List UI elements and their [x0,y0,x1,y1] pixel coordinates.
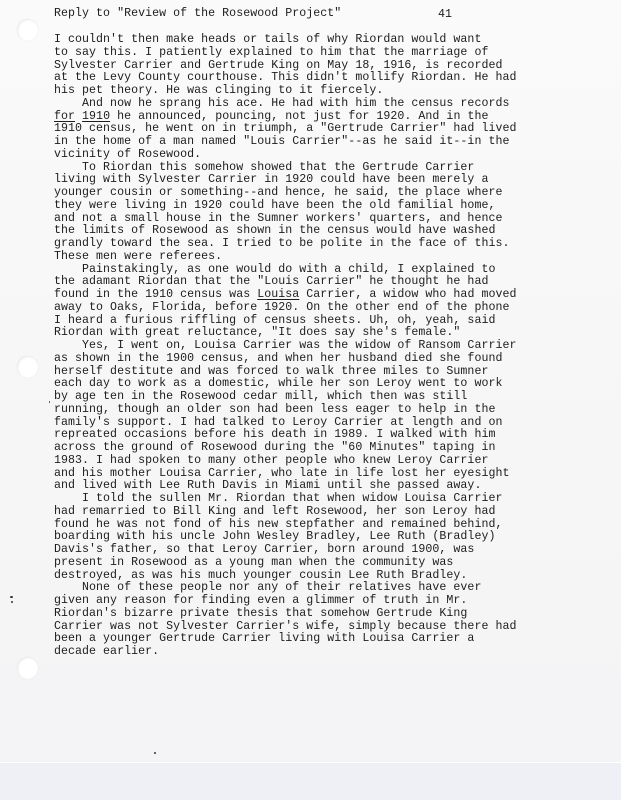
text-run: destroyed, as was his much younger cousi… [54,569,467,582]
punch-hole-bottom [17,657,38,679]
text-line: decade earlier. [54,646,517,659]
text-run: the adamant Riordan that the "Louis Carr… [54,275,488,288]
text-run: herself destitute and was forced to walk… [54,365,488,378]
text-run: by age ten in the Rosewood cedar mill, w… [54,390,467,403]
text-run: given any reason for finding even a glim… [54,594,467,607]
text-run: Yes, I went on, Louisa Carrier was the w… [54,339,517,352]
text-run: in the home of a man named "Louis Carrie… [54,135,509,148]
text-run: Riordan's bizarre private thesis that so… [54,607,467,620]
scan-mark [49,401,50,403]
punch-hole-middle [17,356,38,378]
text-run: Carrier was not Sylvester Carrier's wife… [54,620,517,633]
text-run: decade earlier. [54,645,159,658]
text-run: To Riordan this somehow showed that the … [54,161,474,174]
text-run: and lived with Lee Ruth Davis in Miami u… [54,479,481,492]
text-run: Riordan with great reluctance, "It does … [54,326,460,339]
text-run: Sylvester Carrier and Gertrude King on M… [54,59,502,72]
text-run: Carrier, a widow who had moved [299,288,516,301]
text-run: across the ground of Rosewood during the… [54,441,495,454]
page-number: 41 [438,8,452,21]
text-run: repreated occasions before his death in … [54,428,495,441]
text-run: and his mother Louisa Carrier, who late … [54,467,509,480]
text-run: found in the 1910 census was [54,288,257,301]
underlined-text: for [54,110,75,123]
text-run: 1910 census, he went on in triumph, a "G… [54,122,517,135]
text-run [75,110,82,123]
text-run: present in Rosewood as a young man when … [54,556,453,569]
text-run: younger cousin or something--and hence, … [54,186,502,199]
text-run: grandly toward the sea. I tried to be po… [54,237,509,250]
underlined-text: Louisa [257,288,299,301]
text-run: family's support. I had talked to Leroy … [54,416,502,429]
text-run: as shown in the 1900 census, and when he… [54,352,502,365]
scan-mark [154,752,156,754]
text-run: vicinity of Rosewood. [54,148,201,161]
scan-mark [11,601,13,603]
scanned-page: Reply to "Review of the Rosewood Project… [0,0,621,762]
text-run: 1983. I had spoken to many other people … [54,454,488,467]
text-run: to say this. I patiently explained to hi… [54,46,488,59]
text-run: he announced, pouncing, not just for 192… [110,110,488,123]
text-run: And now he sprang his ace. He had with h… [54,97,509,110]
body-text: I couldn't then make heads or tails of w… [54,34,517,659]
text-run: found he was not fond of his new stepfat… [54,518,502,531]
text-run: I told the sullen Mr. Riordan that when … [54,492,502,505]
text-run: None of these people nor any of their re… [54,581,481,594]
scan-mark [10,596,13,598]
text-run: living with Sylvester Carrier in 1920 co… [54,173,488,186]
text-run: and not a small house in the Sumner work… [54,212,502,225]
text-run: his pet theory. He was clinging to it fi… [54,84,383,97]
text-run: at the Levy County courthouse. This didn… [54,71,517,84]
running-header: Reply to "Review of the Rosewood Project… [54,7,341,20]
text-run: running, though an older son had been le… [54,403,495,416]
underlined-text: 1910 [82,110,110,123]
text-run: I couldn't then make heads or tails of w… [54,33,481,46]
text-run: I heard a furious riffling of census she… [54,314,495,327]
text-run: away to Oaks, Florida, before 1920. On t… [54,301,509,314]
text-run: Painstakingly, as one would do with a ch… [54,263,495,276]
text-run: had remarried to Bill King and left Rose… [54,505,495,518]
scanner-background [0,762,621,800]
text-run: Davis's father, so that Leroy Carrier, b… [54,543,474,556]
text-run: the limits of Rosewood as shown in the c… [54,224,495,237]
text-run: These men were referees. [54,250,222,263]
text-run: been a younger Gertrude Carrier living w… [54,632,474,645]
text-run: boarding with his uncle John Wesley Brad… [54,530,495,543]
punch-hole-top [17,19,38,41]
text-run: they were living in 1920 could have been… [54,199,495,212]
text-run: each day to work as a domestic, while he… [54,377,502,390]
